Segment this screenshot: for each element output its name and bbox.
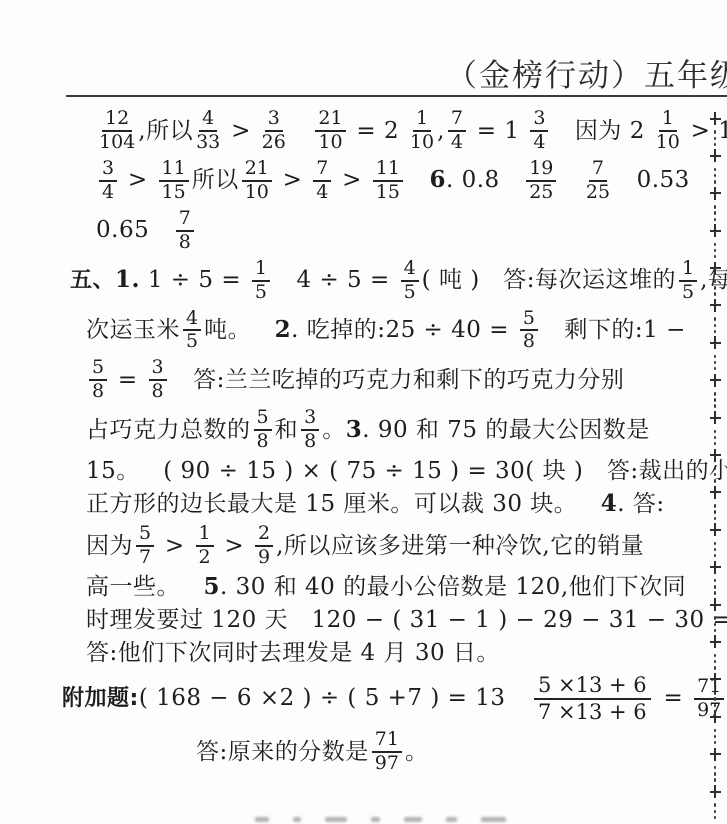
answer-line: 34 > 1115所以2110 > 74 > 1115 6. 0.8 1925 …	[96, 158, 710, 204]
fraction: 29	[255, 524, 273, 568]
cut-dot	[714, 660, 717, 663]
cut-dot	[714, 691, 717, 694]
cut-dot	[714, 479, 717, 482]
text-run: >	[217, 532, 252, 561]
fraction: 45	[401, 259, 419, 303]
cut-dot	[714, 330, 717, 333]
fraction-denominator: 25	[586, 182, 610, 203]
fraction: 1115	[159, 159, 189, 203]
faint-glyph-remnant	[325, 817, 347, 822]
fraction: 58	[520, 309, 538, 353]
answer-line: 占巧克力总数的58和38。3. 90 和 75 的最大公因数是	[86, 407, 710, 453]
fraction-numerator: 21	[315, 109, 345, 132]
cut-mark-icon	[709, 598, 722, 635]
cut-dot	[714, 442, 717, 445]
cut-dot	[714, 367, 717, 370]
fraction-denominator: 5	[255, 282, 267, 303]
fraction-numerator: 2	[255, 524, 273, 547]
fraction-numerator: 19	[526, 159, 556, 182]
cut-dot	[714, 292, 717, 295]
fraction-numerator: 21	[242, 159, 272, 182]
workbook-answer-page: （金榜行动）五年级 12104,所以433 > 326 2110 = 2 110…	[0, 0, 727, 824]
fraction-denominator: 8	[92, 381, 104, 402]
faint-glyph-remnant	[481, 817, 506, 822]
fraction-numerator: 1	[659, 109, 677, 132]
cut-dot	[714, 280, 717, 283]
fraction: 15	[679, 259, 697, 303]
fraction: 12104	[99, 109, 135, 153]
text-run: . 吃掉的:25 ÷ 40 =	[291, 316, 517, 345]
cut-dot	[714, 286, 717, 289]
cut-dot	[714, 392, 717, 395]
bold-label: 1.	[115, 266, 140, 295]
fraction: 1925	[526, 159, 556, 203]
fraction-numerator: 3	[301, 408, 319, 431]
answer-line: 高一些。 5. 30 和 40 的最小公倍数是 120,他们下次同	[86, 573, 710, 602]
fraction: 74	[448, 109, 466, 153]
text-run: 和	[275, 416, 299, 445]
text-run	[406, 166, 430, 195]
text-run: 所以	[192, 166, 239, 195]
cut-dot	[714, 554, 717, 557]
cut-dot	[714, 772, 717, 775]
text-run: 次运玉米	[86, 316, 180, 345]
answer-line: 答:原来的分数是7197。	[196, 729, 710, 775]
text-run: 。	[405, 738, 429, 767]
fraction-denominator: 104	[99, 132, 135, 153]
plus-cross-icon	[709, 710, 722, 723]
faint-glyph-remnant	[293, 817, 301, 822]
text-run: 答:他们下次同时去理发是 4 月 30 日。	[86, 639, 500, 668]
perforation-cut-line	[707, 112, 723, 824]
text-run: = 2	[349, 117, 407, 146]
plus-cross-icon	[709, 785, 722, 798]
cut-mark-icon	[709, 411, 722, 448]
text-run: 高一些。	[86, 573, 204, 602]
text-run: ( 吨 ) 答:每次运这堆的	[422, 266, 676, 295]
fraction-numerator: 7	[176, 209, 194, 232]
fraction-denominator: 33	[196, 132, 220, 153]
text-run: 因为	[86, 532, 133, 561]
plus-cross-icon	[709, 224, 722, 237]
text-run: ,	[437, 117, 445, 146]
fraction-numerator: 3	[99, 159, 117, 182]
cut-dot	[714, 803, 717, 806]
fraction-denominator: 15	[162, 182, 186, 203]
answer-line: 时理发要过 120 天 120 − ( 31 − 1 ) − 29 − 31 −…	[86, 606, 710, 635]
fraction: 5 ×13 + 67 ×13 + 6	[534, 674, 651, 723]
text-run: =	[656, 684, 691, 713]
text-run: ,所以应该多进第一种冷饮,它的销量	[276, 532, 644, 561]
fraction-denominator: 15	[376, 182, 400, 203]
fraction: 45	[183, 309, 201, 353]
cut-dot	[714, 666, 717, 669]
fraction-numerator: 1	[679, 259, 697, 282]
text-run: . 答:	[617, 490, 664, 519]
cut-dot	[714, 623, 717, 626]
fraction-numerator: 5 ×13 + 6	[534, 674, 651, 700]
cut-dot	[714, 542, 717, 545]
fraction-numerator: 3	[149, 358, 167, 381]
cut-dot	[714, 430, 717, 433]
cut-dot	[714, 211, 717, 214]
text-run: . 0.8	[446, 166, 523, 195]
fraction: 110	[656, 109, 680, 153]
fraction-numerator: 5	[520, 309, 538, 332]
text-run: >	[157, 532, 192, 561]
cut-dot	[714, 168, 717, 171]
text-run: 1 ÷ 5 =	[140, 266, 249, 295]
plus-cross-icon	[709, 449, 722, 462]
cut-dot	[714, 137, 717, 140]
text-run: 正方形的边长最大是 15 厘米。可以裁 30 块。	[86, 490, 601, 519]
text-run: 0.53	[613, 166, 690, 195]
fraction: 1115	[373, 159, 403, 203]
cut-mark-icon	[709, 149, 722, 186]
fraction: 2110	[315, 109, 345, 153]
text-run: 因为 2	[551, 117, 652, 146]
fraction-numerator: 3	[530, 109, 548, 132]
fraction-denominator: 5	[186, 331, 198, 352]
fraction-numerator: 12	[102, 109, 132, 132]
cut-dot	[714, 810, 717, 813]
page-header-title: （金榜行动）五年级	[446, 50, 727, 95]
fraction-numerator: 1	[252, 259, 270, 282]
cut-dot	[714, 729, 717, 732]
plus-cross-icon	[709, 262, 722, 275]
bold-label: 4	[601, 490, 618, 519]
cut-mark-icon	[709, 299, 722, 336]
fraction: 34	[99, 159, 117, 203]
fraction-numerator: 7	[448, 109, 466, 132]
fraction-numerator: 5	[136, 524, 154, 547]
fraction-denominator: 10	[410, 132, 434, 153]
cut-dot	[714, 473, 717, 476]
text-run: >	[223, 117, 258, 146]
cut-dot	[714, 324, 717, 327]
fraction-denominator: 5	[404, 282, 416, 303]
fraction-numerator: 5	[89, 358, 107, 381]
fraction: 38	[301, 408, 319, 452]
faint-glyph-remnant	[371, 817, 380, 822]
fraction: 78	[176, 209, 194, 253]
cut-dot	[714, 735, 717, 738]
fraction-denominator: 5	[682, 282, 694, 303]
fraction: 7197	[372, 730, 402, 774]
fraction-numerator: 3	[265, 109, 283, 132]
answer-line: 五、1. 1 ÷ 5 = 15 4 ÷ 5 = 45( 吨 ) 答:每次运这堆的…	[70, 258, 710, 304]
fraction-denominator: 8	[152, 381, 164, 402]
answer-line: 15。 ( 90 ÷ 15 ) × ( 75 ÷ 15 ) = 30( 块 ) …	[86, 457, 710, 486]
fraction-denominator: 10	[656, 132, 680, 153]
cut-dot	[714, 591, 717, 594]
fraction-denominator: 10	[245, 182, 269, 203]
fraction: 58	[254, 408, 272, 452]
answer-line: 正方形的边长最大是 15 厘米。可以裁 30 块。 4. 答:	[86, 490, 710, 519]
faint-glyph-remnant	[404, 817, 422, 822]
fraction: 110	[410, 109, 434, 153]
cut-dot	[714, 404, 717, 407]
cut-mark-icon	[709, 336, 722, 373]
fraction: 725	[586, 159, 610, 203]
cut-dot	[714, 436, 717, 439]
fraction-denominator: 7 ×13 + 6	[538, 700, 647, 723]
fraction-numerator: 1	[413, 109, 431, 132]
cut-dot	[714, 143, 717, 146]
text-run: . 90 和 75 的最大公因数是	[362, 416, 650, 445]
answer-line: 12104,所以433 > 326 2110 = 2 110,74 = 1 34…	[96, 108, 710, 154]
cut-mark-icon	[709, 710, 722, 747]
cut-dot	[714, 218, 717, 221]
fraction-numerator: 4	[199, 109, 217, 132]
fraction-denominator: 9	[258, 547, 270, 568]
cut-mark-icon	[709, 748, 722, 785]
text-run	[289, 117, 313, 146]
cut-mark-icon	[709, 561, 722, 598]
fraction: 38	[149, 358, 167, 402]
fraction-numerator: 1	[196, 524, 214, 547]
cut-dot	[714, 778, 717, 781]
text-run: 时理发要过 120 天 120 − ( 31 − 1 ) − 29 − 31 −…	[86, 606, 727, 635]
cut-dot	[714, 517, 717, 520]
fraction-denominator: 2	[199, 547, 211, 568]
cut-dot	[714, 361, 717, 364]
bold-label: 附加题:	[62, 685, 139, 713]
fraction: 74	[313, 159, 331, 203]
cut-dot	[714, 816, 717, 819]
plus-cross-icon	[709, 635, 722, 648]
cut-mark-icon	[709, 224, 722, 261]
text-run: 占巧克力总数的	[86, 416, 251, 445]
answer-line: 答:他们下次同时去理发是 4 月 30 日。	[86, 639, 710, 668]
text-run: 吨。	[204, 316, 275, 345]
fraction: 2110	[242, 159, 272, 203]
text-run: = 1	[469, 117, 527, 146]
cut-mark-icon	[709, 449, 722, 486]
fraction-denominator: 97	[375, 753, 399, 774]
fraction-numerator: 4	[183, 309, 201, 332]
cut-dot	[714, 697, 717, 700]
text-run: 0.65	[96, 216, 173, 245]
cut-dot	[714, 130, 717, 133]
fraction-denominator: 8	[179, 232, 191, 253]
fraction-denominator: 4	[533, 132, 545, 153]
fraction: 15	[252, 259, 270, 303]
text-run: ,所以	[138, 117, 193, 146]
bold-label: 2	[275, 316, 292, 345]
cut-dot	[714, 616, 717, 619]
text-run: 4 ÷ 5 =	[273, 266, 398, 295]
header-divider	[66, 95, 727, 97]
bold-label: 五、	[70, 267, 115, 295]
cut-mark-icon	[709, 486, 722, 523]
fraction: 12	[196, 524, 214, 568]
cut-mark-icon	[709, 187, 722, 224]
cut-dot	[714, 255, 717, 258]
text-run: >	[275, 166, 310, 195]
fraction-numerator: 4	[401, 259, 419, 282]
cut-dot	[714, 704, 717, 707]
cut-mark-icon	[709, 374, 722, 411]
next-line-faint-remnant	[255, 817, 635, 824]
cut-dot	[714, 398, 717, 401]
text-run: >	[334, 166, 369, 195]
cut-dot	[714, 741, 717, 744]
cut-dot	[714, 548, 717, 551]
fraction-denominator: 8	[304, 431, 316, 452]
plus-cross-icon	[709, 486, 722, 499]
cut-mark-icon	[709, 635, 722, 672]
fraction-numerator: 7	[313, 159, 331, 182]
fraction-denominator: 7	[139, 547, 151, 568]
plus-cross-icon	[709, 748, 722, 761]
fraction: 326	[262, 109, 286, 153]
fraction-numerator: 11	[373, 159, 403, 182]
text-run: ( 168 − 6 ×2 ) ÷ ( 5 +7 ) = 13	[139, 684, 529, 713]
fraction: 34	[530, 109, 548, 153]
cut-dot	[714, 504, 717, 507]
text-run	[559, 166, 583, 195]
faint-glyph-remnant	[446, 817, 457, 822]
fraction: 57	[136, 524, 154, 568]
cut-mark-icon	[709, 785, 722, 822]
plus-cross-icon	[709, 187, 722, 200]
answers-region: 12104,所以433 > 326 2110 = 2 110,74 = 1 34…	[86, 104, 710, 779]
cut-dot	[714, 579, 717, 582]
plus-cross-icon	[709, 523, 722, 536]
fraction-numerator: 71	[372, 730, 402, 753]
text-run: 答:原来的分数是	[196, 738, 369, 767]
cut-dot	[714, 766, 717, 769]
cut-dot	[714, 174, 717, 177]
cut-dot	[714, 510, 717, 513]
plus-cross-icon	[709, 374, 722, 387]
cut-mark-icon	[709, 673, 722, 710]
cut-dot	[714, 355, 717, 358]
fraction-denominator: 4	[451, 132, 463, 153]
text-run: 。	[322, 416, 346, 445]
cut-mark-icon	[709, 262, 722, 299]
cut-dot	[714, 585, 717, 588]
text-run: 15。 ( 90 ÷ 15 ) × ( 75 ÷ 15 ) = 30( 块 ) …	[86, 457, 727, 486]
bold-label: 3	[346, 416, 363, 445]
cut-dot	[714, 249, 717, 252]
fraction-numerator: 7	[589, 159, 607, 182]
cut-dot	[714, 467, 717, 470]
plus-cross-icon	[709, 411, 722, 424]
answer-line: 次运玉米45吨。 2. 吃掉的:25 ÷ 40 = 58 剩下的:1 −	[86, 308, 710, 354]
bold-label: 5	[204, 573, 221, 602]
answer-line: 0.65 78	[96, 208, 710, 254]
cut-mark-icon	[709, 523, 722, 560]
fraction-denominator: 8	[523, 331, 535, 352]
plus-cross-icon	[709, 561, 722, 574]
fraction-denominator: 10	[318, 132, 342, 153]
plus-cross-icon	[709, 112, 722, 125]
fraction-numerator: 5	[254, 408, 272, 431]
bold-label: 6	[429, 166, 446, 195]
text-run: =	[110, 366, 145, 395]
answer-line: 附加题:( 168 − 6 ×2 ) ÷ ( 5 +7 ) = 13 5 ×13…	[62, 672, 710, 725]
fraction-numerator: 11	[159, 159, 189, 182]
text-run: >	[120, 166, 155, 195]
cut-dot	[714, 629, 717, 632]
plus-cross-icon	[709, 299, 722, 312]
plus-cross-icon	[709, 149, 722, 162]
cut-dot	[714, 180, 717, 183]
cut-mark-icon	[709, 112, 722, 149]
cut-dot	[714, 317, 717, 320]
fraction-denominator: 4	[316, 182, 328, 203]
plus-cross-icon	[709, 598, 722, 611]
answer-line: 58 = 38 答:兰兰吃掉的巧克力和剩下的巧克力分别	[86, 357, 710, 403]
fraction-denominator: 4	[102, 182, 114, 203]
text-run: 剩下的:1 −	[541, 316, 686, 345]
faint-glyph-remnant	[255, 817, 269, 822]
plus-cross-icon	[709, 336, 722, 349]
answer-line: 因为57 > 12 > 29,所以应该多进第一种冷饮,它的销量	[86, 523, 710, 569]
plus-cross-icon	[709, 673, 722, 686]
fraction: 58	[89, 358, 107, 402]
text-run: . 30 和 40 的最小公倍数是 120,他们下次同	[220, 573, 686, 602]
fraction-denominator: 26	[262, 132, 286, 153]
cut-dot	[714, 205, 717, 208]
fraction-denominator: 25	[529, 182, 553, 203]
fraction: 433	[196, 109, 220, 153]
text-run: 答:兰兰吃掉的巧克力和剩下的巧克力分别	[170, 366, 625, 395]
cut-dot	[714, 243, 717, 246]
fraction-denominator: 8	[257, 431, 269, 452]
cut-dot	[714, 654, 717, 657]
